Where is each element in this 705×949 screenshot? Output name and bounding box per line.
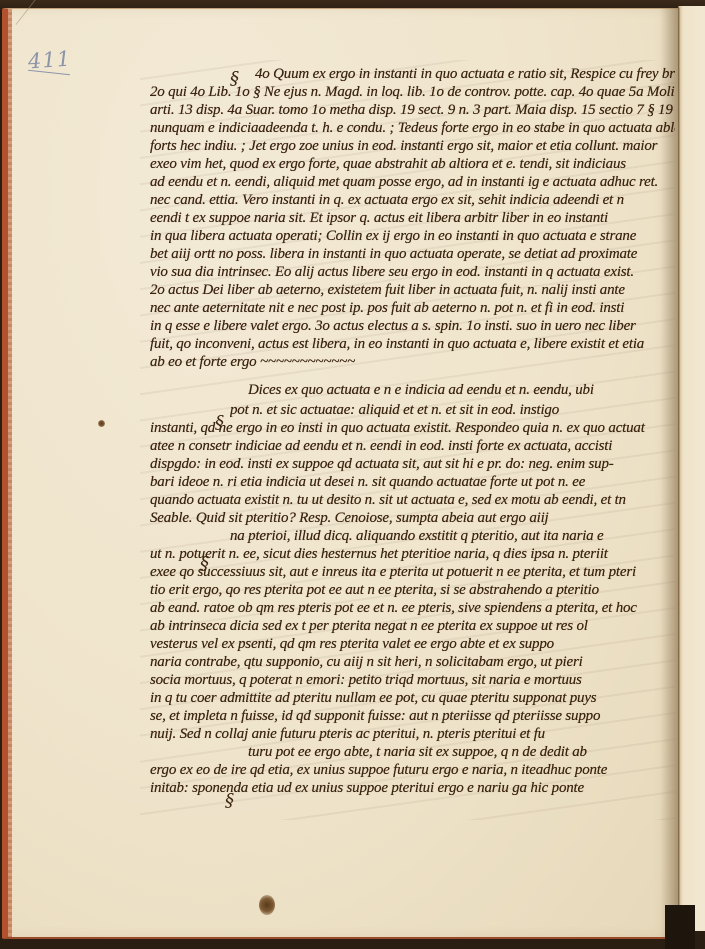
manuscript-line: turu pot ee ergo abte, t naria sit ex su… [248, 744, 675, 761]
manuscript-line: in q tu coer admittite ad pteritu nullam… [150, 690, 675, 707]
manuscript-line: socia mortuus, q poterat n emori: petito… [150, 672, 675, 689]
manuscript-line: fuit, qo inconveni, actus est libera, in… [150, 336, 675, 353]
manuscript-line: tio erit ergo, qo res pterita pot ee aut… [150, 582, 675, 599]
manuscript-line: nec ante aeternitate nit e nec post ip. … [150, 300, 675, 317]
binding-ribbon [665, 905, 695, 949]
manuscript-line: se, et impleta n fuisse, id qd supponit … [150, 708, 675, 725]
manuscript-line: initab: sponenda etia ud ex unius suppoe… [150, 780, 675, 797]
manuscript-line: dispgdo: in eod. insti ex suppoe qd actu… [150, 456, 675, 473]
manuscript-line: 2o actus Dei liber ab aeterno, existetem… [150, 282, 675, 299]
manuscript-line: na pterioi, illud dicq. aliquando exstit… [230, 528, 675, 545]
manuscript-line: ergo ex eo de ire qd etia, ex unius supp… [150, 762, 675, 779]
ink-stain [98, 420, 105, 427]
manuscript-line: vio sua dia intrinsec. Eo alij actus lib… [150, 264, 675, 281]
manuscript-line: exee qo successiuus sit, aut e inreus it… [150, 564, 675, 581]
manuscript-line: eendi t ex suppoe naria sit. Et ipsor q.… [150, 210, 675, 227]
manuscript-line: Dices ex quo actuata e n e indicia ad ee… [248, 382, 675, 399]
manuscript-line: bet aiij ortt no poss. libera in instant… [150, 246, 675, 263]
manuscript-line: 2o qui 4o Lib. 1o § Ne ejus n. Magd. in … [150, 84, 675, 101]
manuscript-line: Seable. Quid sit pteritio? Resp. Cenoios… [150, 510, 675, 527]
manuscript-line: atee n consetr indiciae ad eendu et n. e… [150, 438, 675, 455]
manuscript-line: quando actuata existit n. tu ut desito n… [150, 492, 675, 509]
manuscript-line: 4o Quum ex ergo in instanti in quo actua… [255, 66, 675, 83]
manuscript-line: ad eendu et n. eendi, aliquid met quam p… [150, 174, 675, 191]
manuscript-line: nec cand. ettia. Vero instanti in q. ex … [150, 192, 675, 209]
manuscript-line: arti. 13 disp. 4a Suar. tomo 1o metha di… [150, 102, 675, 119]
manuscript-line: forts hec indiu. ; Jet ergo zoe unius in… [150, 138, 675, 155]
manuscript-line: ab eo et forte ergo ~~~~~~~~~~~~ [150, 354, 675, 371]
manuscript-line: in q esse e libere valet ergo. 3o actus … [150, 318, 675, 335]
manuscript-line: nuij. Sed n collaj anie futuru pteris ac… [150, 726, 675, 743]
manuscript-line: exeo vim het, quod ex ergo forte, quae a… [150, 156, 675, 173]
manuscript-line: bari ideoe n. ri etia indicia ut desei n… [150, 474, 675, 491]
manuscript-line: pot n. et sic actuatae: aliquid et et n.… [230, 402, 675, 419]
manuscript-line: in qua libera actuata operati; Collin ex… [150, 228, 675, 245]
ink-stain [259, 895, 275, 915]
manuscript-line: ab eand. ratoe ob qm res pteris pot ee e… [150, 600, 675, 617]
facing-page-edge [678, 6, 705, 931]
manuscript-line: vesterus vel ex psenti, qd qm res pterit… [150, 636, 675, 653]
manuscript-line: nunquam e indiciaadeenda t. h. e condu. … [150, 120, 675, 137]
manuscript-line: ab intrinseca dicia sed ex t per pterita… [150, 618, 675, 635]
manuscript-line: instanti, qd ne ergo in eo insti in quo … [150, 420, 675, 437]
manuscript-line: naria contrabe, qtu supponio, cu aiij n … [150, 654, 675, 671]
manuscript-line: ut n. potuerit n. ee, sicut dies hestern… [150, 546, 675, 563]
